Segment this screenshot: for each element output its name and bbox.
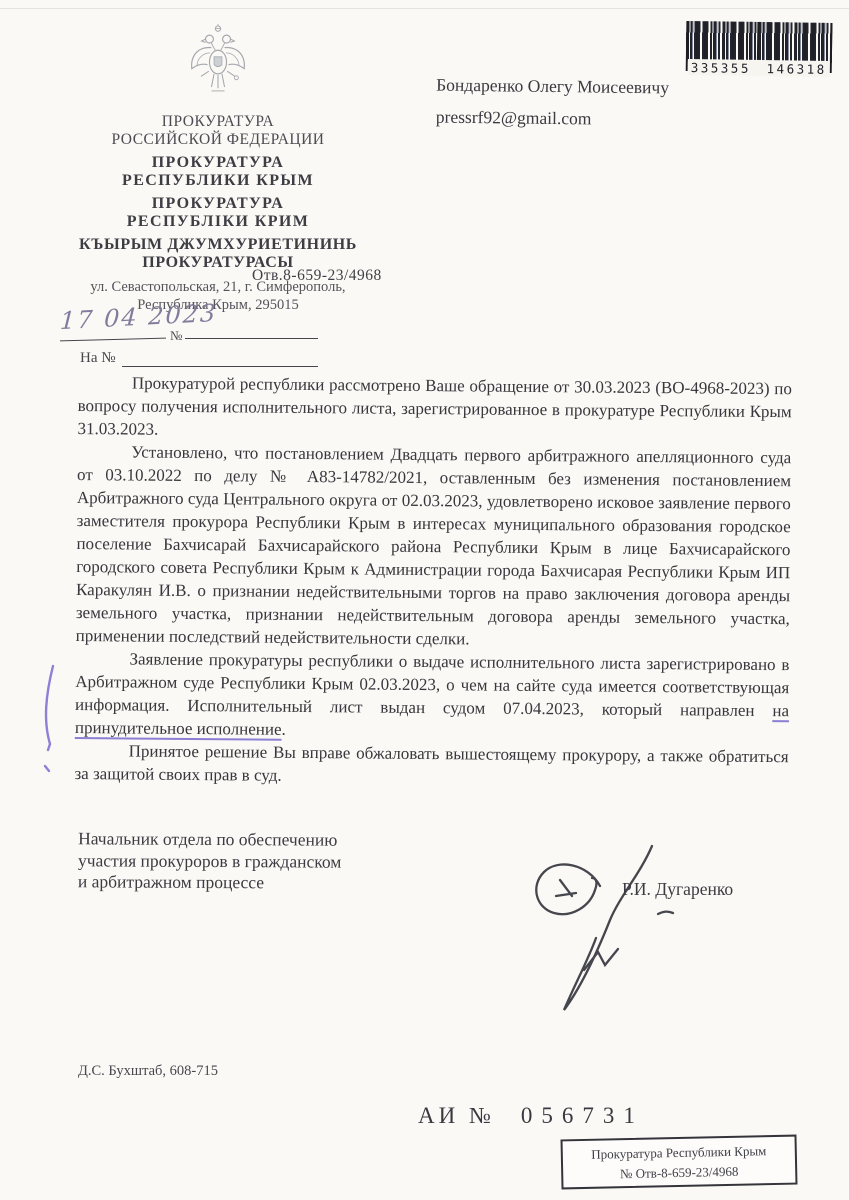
russian-eagle-emblem-icon bbox=[185, 24, 251, 106]
number-symbol: № bbox=[170, 328, 182, 344]
signer-name: Р.И. Дугаренко bbox=[622, 879, 733, 900]
barcode-digits-right: 146318 bbox=[766, 61, 826, 77]
barcode-digits: 335355 146318 bbox=[688, 59, 830, 77]
reg-stamp-prefix: АИ № bbox=[418, 1103, 495, 1129]
ref-number-overlay: Отв.8-659-23/4968 bbox=[252, 267, 382, 285]
scan-edge bbox=[0, 8, 849, 9]
signer-title-line3: и арбитражном процессе bbox=[78, 871, 341, 894]
paragraph-3-text: Заявление прокуратуры республики о выдач… bbox=[75, 649, 790, 720]
org-crimea-ru-line2: РЕСПУБЛИКИ КРЫМ bbox=[32, 172, 404, 190]
na-no-blank-line bbox=[122, 366, 318, 367]
office-stamp-box: Прокуратура Республики Крым № Отв-8-659-… bbox=[561, 1135, 798, 1190]
signer-title-line2: участия прокуроров в гражданском bbox=[78, 850, 341, 873]
paragraph-3: Заявление прокуратуры республики о выдач… bbox=[75, 647, 790, 745]
scanned-letter-page: ПРОКУРАТУРА РОССИЙСКОЙ ФЕДЕРАЦИИ ПРОКУРА… bbox=[0, 0, 849, 1200]
number-blank-line bbox=[185, 338, 318, 339]
recipient-email: pressrf92@gmail.com bbox=[436, 107, 669, 131]
barcode-guard-right bbox=[830, 23, 833, 73]
executor-line: Д.С. Бухштаб, 608-715 bbox=[78, 1063, 218, 1080]
na-no-label: На № bbox=[80, 350, 116, 367]
date-blank-line bbox=[60, 338, 166, 342]
stamp-ref-number: № Отв-8-659-23/4968 bbox=[563, 1163, 795, 1184]
org-crimea-ru-line1: ПРОКУРАТУРА bbox=[32, 154, 404, 172]
reg-stamp-number: 056731 bbox=[521, 1103, 644, 1129]
paragraph-3-period: . bbox=[281, 720, 285, 739]
signer-title: Начальник отдела по обеспечению участия … bbox=[78, 828, 342, 894]
handwritten-signature bbox=[500, 838, 690, 1018]
recipient-name: Бондаренко Олегу Моисеевичу bbox=[436, 75, 669, 99]
paragraph-4: Принятое решение Вы вправе обжаловать вы… bbox=[74, 739, 788, 791]
org-crimea-tatar-line1: КЪЫРЫМ ДЖУМХУРИЕТИНИНЬ bbox=[32, 236, 404, 254]
signer-title-line1: Начальник отдела по обеспечению bbox=[78, 828, 341, 851]
barcode: 335355 146318 bbox=[686, 21, 833, 81]
paragraph-1: Прокуратурой республики рассмотрено Ваше… bbox=[77, 371, 792, 446]
stamp-org-name: Прокуратура Республики Крым bbox=[563, 1143, 795, 1164]
recipient-block: Бондаренко Олегу Моисеевичу pressrf92@gm… bbox=[436, 75, 669, 131]
margin-pen-mark bbox=[36, 660, 66, 782]
org-crimea-ua-line2: РЕСПУБЛІКИ КРИМ bbox=[32, 213, 404, 231]
paragraph-2: Установлено, что постановлением Двадцать… bbox=[76, 440, 792, 653]
registration-number-stamp: АИ № 056731 bbox=[418, 1103, 644, 1129]
letter-body: Прокуратурой республики рассмотрено Ваше… bbox=[74, 371, 792, 791]
org-federation-line1: ПРОКУРАТУРА bbox=[32, 113, 404, 131]
org-crimea-ua-line1: ПРОКУРАТУРА bbox=[32, 195, 404, 213]
org-federation-line2: РОССИЙСКОЙ ФЕДЕРАЦИИ bbox=[32, 131, 404, 149]
barcode-digits-left: 335355 bbox=[691, 60, 751, 76]
